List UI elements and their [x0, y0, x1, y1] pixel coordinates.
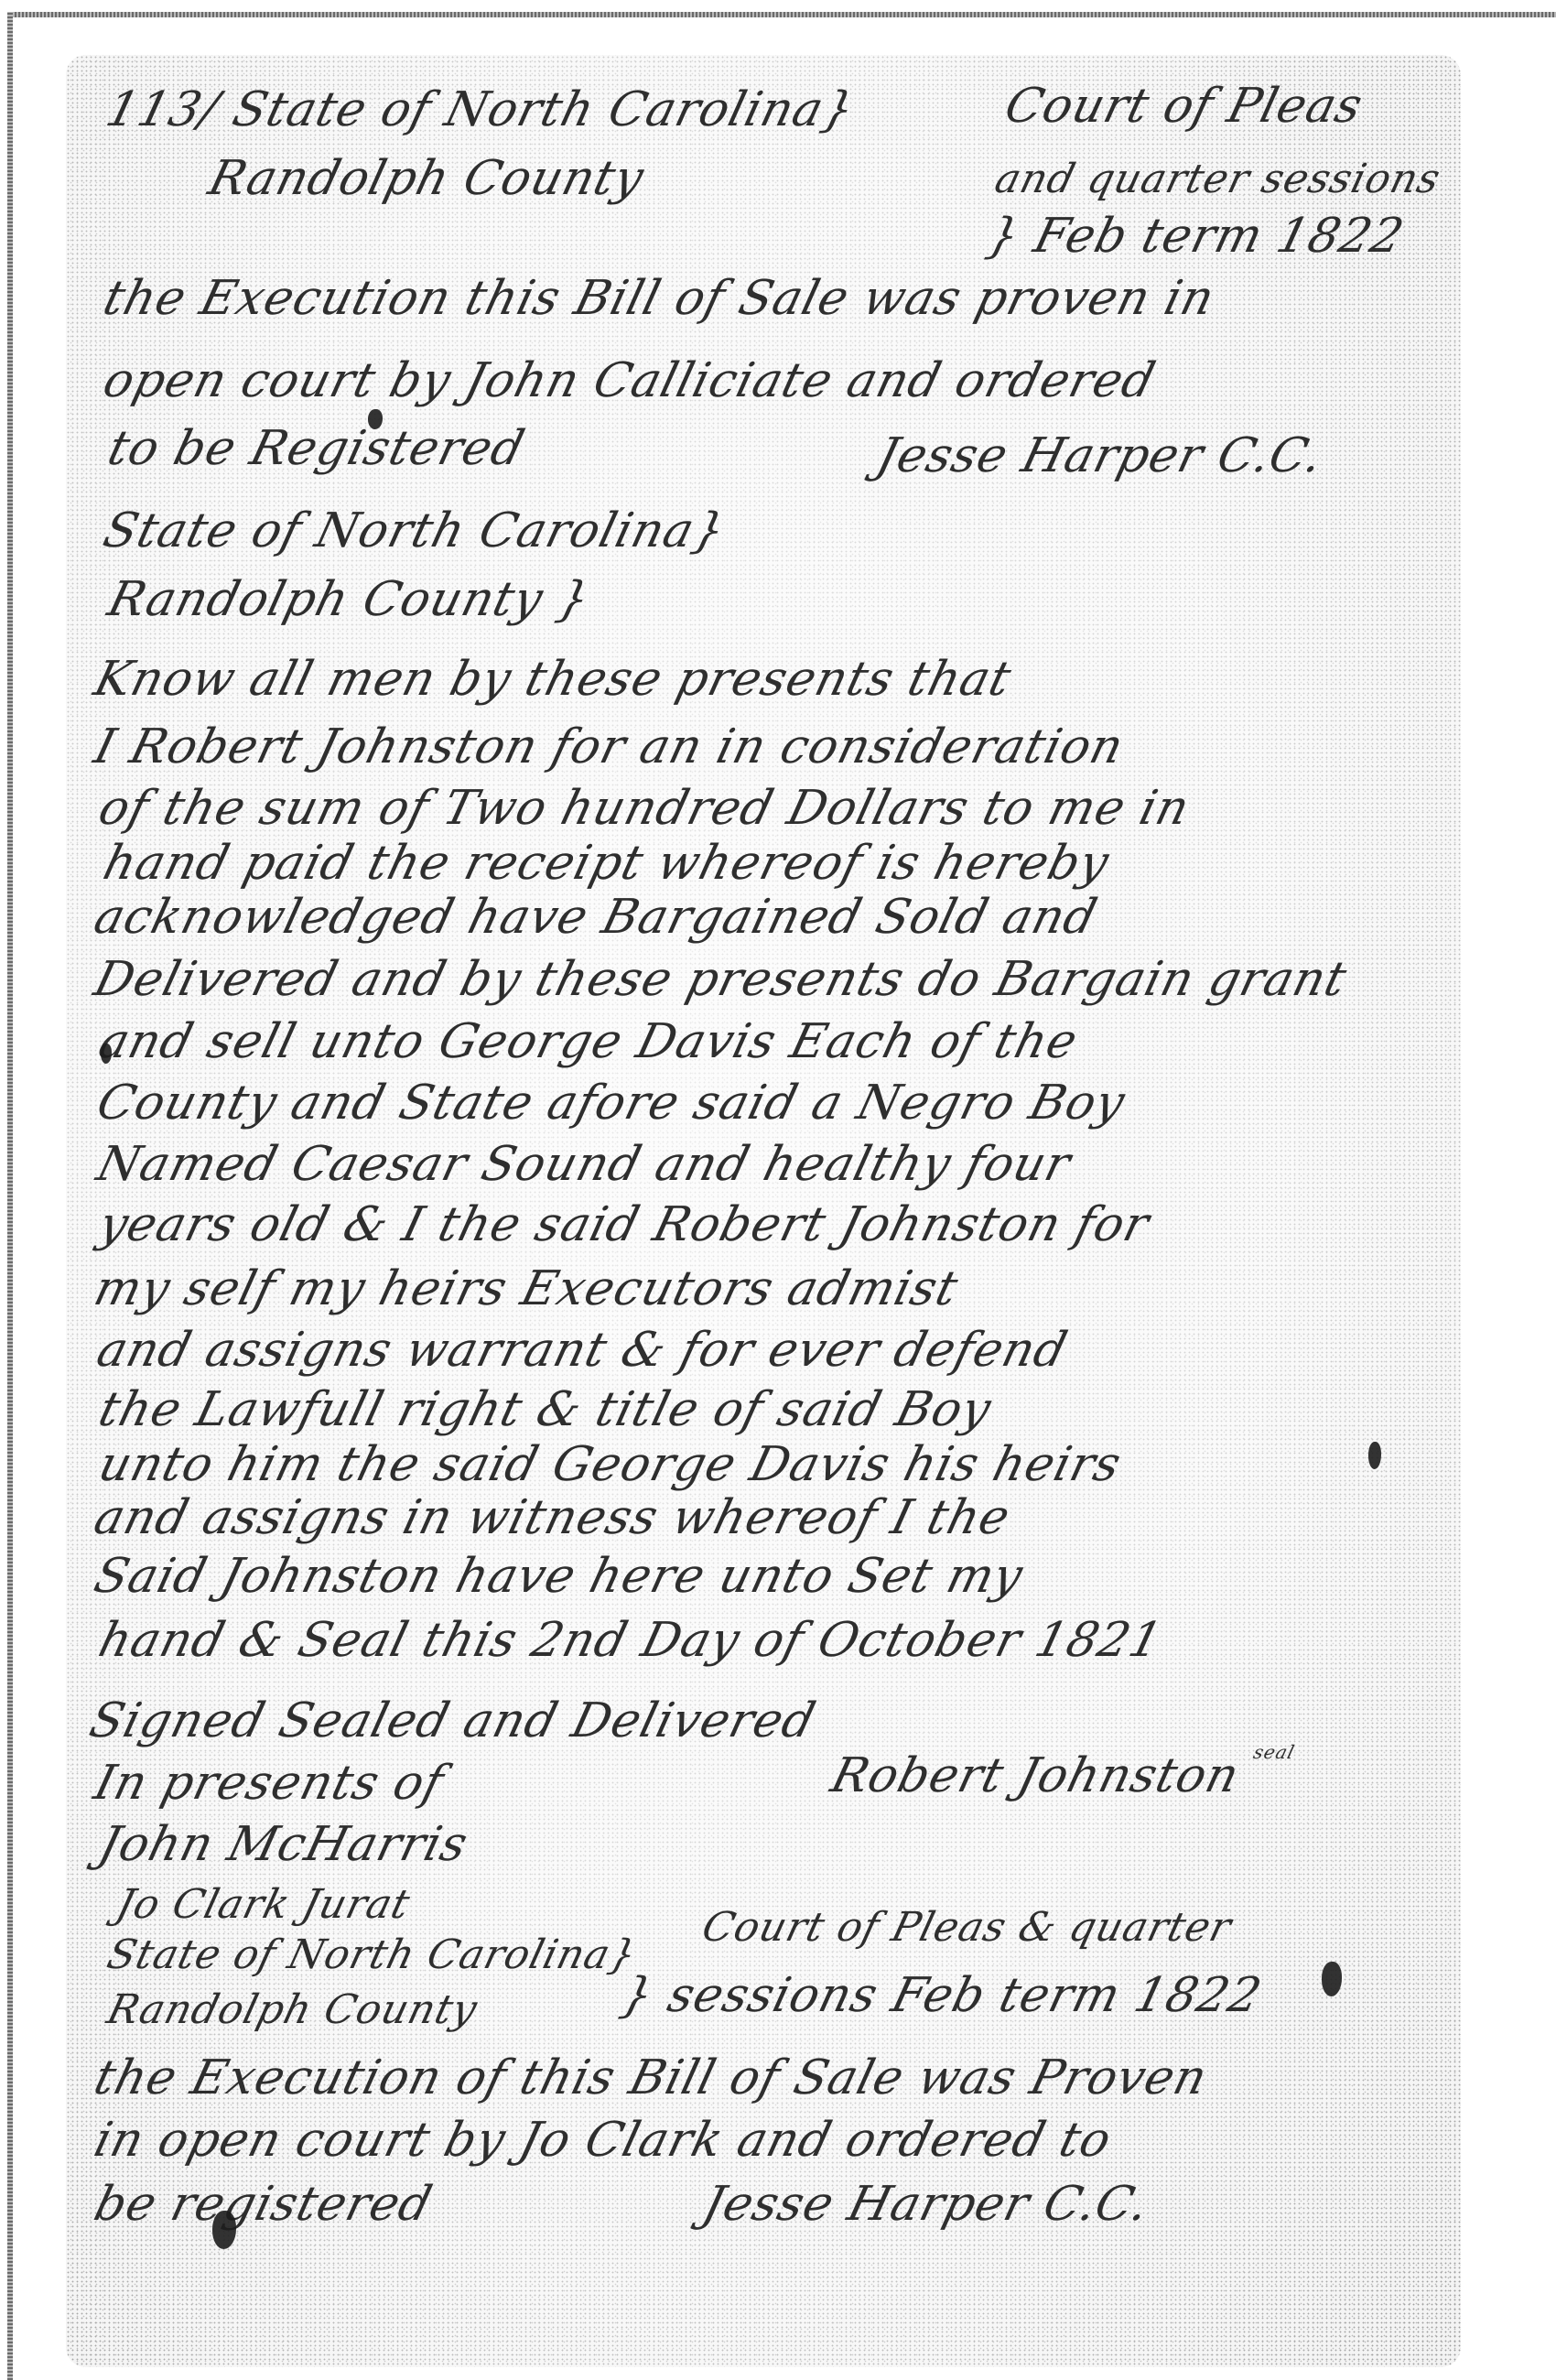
- body-line-4: hand paid the receipt whereof is hereby: [98, 836, 1115, 891]
- ink-blot: [212, 2211, 236, 2249]
- header-left-line-1: 113/ State of North Carolina}: [101, 82, 860, 137]
- witness-jo-clark-jurat: Jo Clark Jurat: [112, 1881, 415, 1928]
- probate2-signature: Jesse Harper C.C.: [697, 2177, 1155, 2232]
- probate1-signature: Jesse Harper C.C.: [871, 428, 1329, 483]
- document-page: 113/ State of North Carolina} Court of P…: [66, 55, 1461, 2367]
- scan-border-top: [7, 12, 1556, 17]
- body-line-17: hand & Seal this 2nd Day of October 1821: [93, 1613, 1168, 1668]
- probate2-left-line-1: State of North Carolina}: [103, 1931, 642, 1978]
- ink-blot: [1322, 1962, 1342, 1996]
- body-line-9: Named Caesar Sound and healthy four: [92, 1137, 1076, 1192]
- signed-sealed-delivered: Signed Sealed and Delivered: [84, 1693, 821, 1748]
- body-line-6: Delivered and by these presents do Barga…: [89, 952, 1353, 1007]
- probate2-line-1: the Execution of this Bill of Sale was P…: [89, 2050, 1213, 2105]
- probate1-line-3: to be Registered: [103, 421, 530, 476]
- body-line-13: the Lawfull right & title of said Boy: [93, 1382, 997, 1437]
- body-line-16: Said Johnston have here unto Set my: [89, 1549, 1029, 1604]
- in-presence-of: In presents of: [89, 1756, 449, 1811]
- probate1-line-1: the Execution this Bill of Sale was prov…: [98, 271, 1220, 326]
- body-line-5: acknowledged have Bargained Sold and: [89, 890, 1103, 945]
- scan-border-left: [7, 12, 13, 2380]
- caption-state: State of North Carolina}: [98, 503, 731, 558]
- probate2-right-line-2: } sessions Feb term 1822: [615, 1968, 1268, 2023]
- body-line-14: unto him the said George Davis his heirs: [93, 1437, 1127, 1492]
- probate2-line-2: in open court by Jo Clark and ordered to: [89, 2113, 1118, 2168]
- grantor-signature: Robert Johnston: [826, 1748, 1245, 1803]
- body-line-10: years old & I the said Robert Johnston f…: [93, 1197, 1155, 1252]
- body-line-15: and assigns in witness whereof I the: [89, 1490, 1016, 1545]
- caption-county: Randolph County }: [103, 572, 596, 627]
- body-line-7: and sell unto George Davis Each of the: [93, 1014, 1084, 1069]
- body-line-1: Know all men by these presents that: [89, 652, 1017, 707]
- header-right-line-3: } Feb term 1822: [981, 209, 1410, 264]
- body-line-3: of the sum of Two hundred Dollars to me …: [93, 781, 1195, 836]
- probate2-line-3: be registered: [89, 2177, 438, 2232]
- body-line-11: my self my heirs Executors admist: [89, 1261, 964, 1316]
- probate2-left-line-2: Randolph County: [103, 1986, 482, 2033]
- witness-john-mcharris: John McHarris: [93, 1817, 473, 1872]
- seal-mark: seal: [1251, 1741, 1297, 1763]
- body-line-12: and assigns warrant & for ever defend: [92, 1323, 1073, 1378]
- ink-blot: [1368, 1442, 1381, 1469]
- body-line-8: County and State afore said a Negro Boy: [92, 1076, 1130, 1130]
- scanned-document: 113/ State of North Carolina} Court of P…: [0, 0, 1556, 2380]
- body-line-2: I Robert Johnston for an in consideratio…: [89, 719, 1129, 774]
- header-right-line-2: and quarter sessions: [990, 156, 1445, 202]
- header-left-line-2: Randolph County: [203, 151, 650, 206]
- header-right-line-1: Court of Pleas: [1000, 79, 1368, 134]
- probate2-right-line-1: Court of Pleas & quarter: [697, 1904, 1237, 1951]
- probate1-line-2: open court by John Calliciate and ordere…: [98, 353, 1162, 408]
